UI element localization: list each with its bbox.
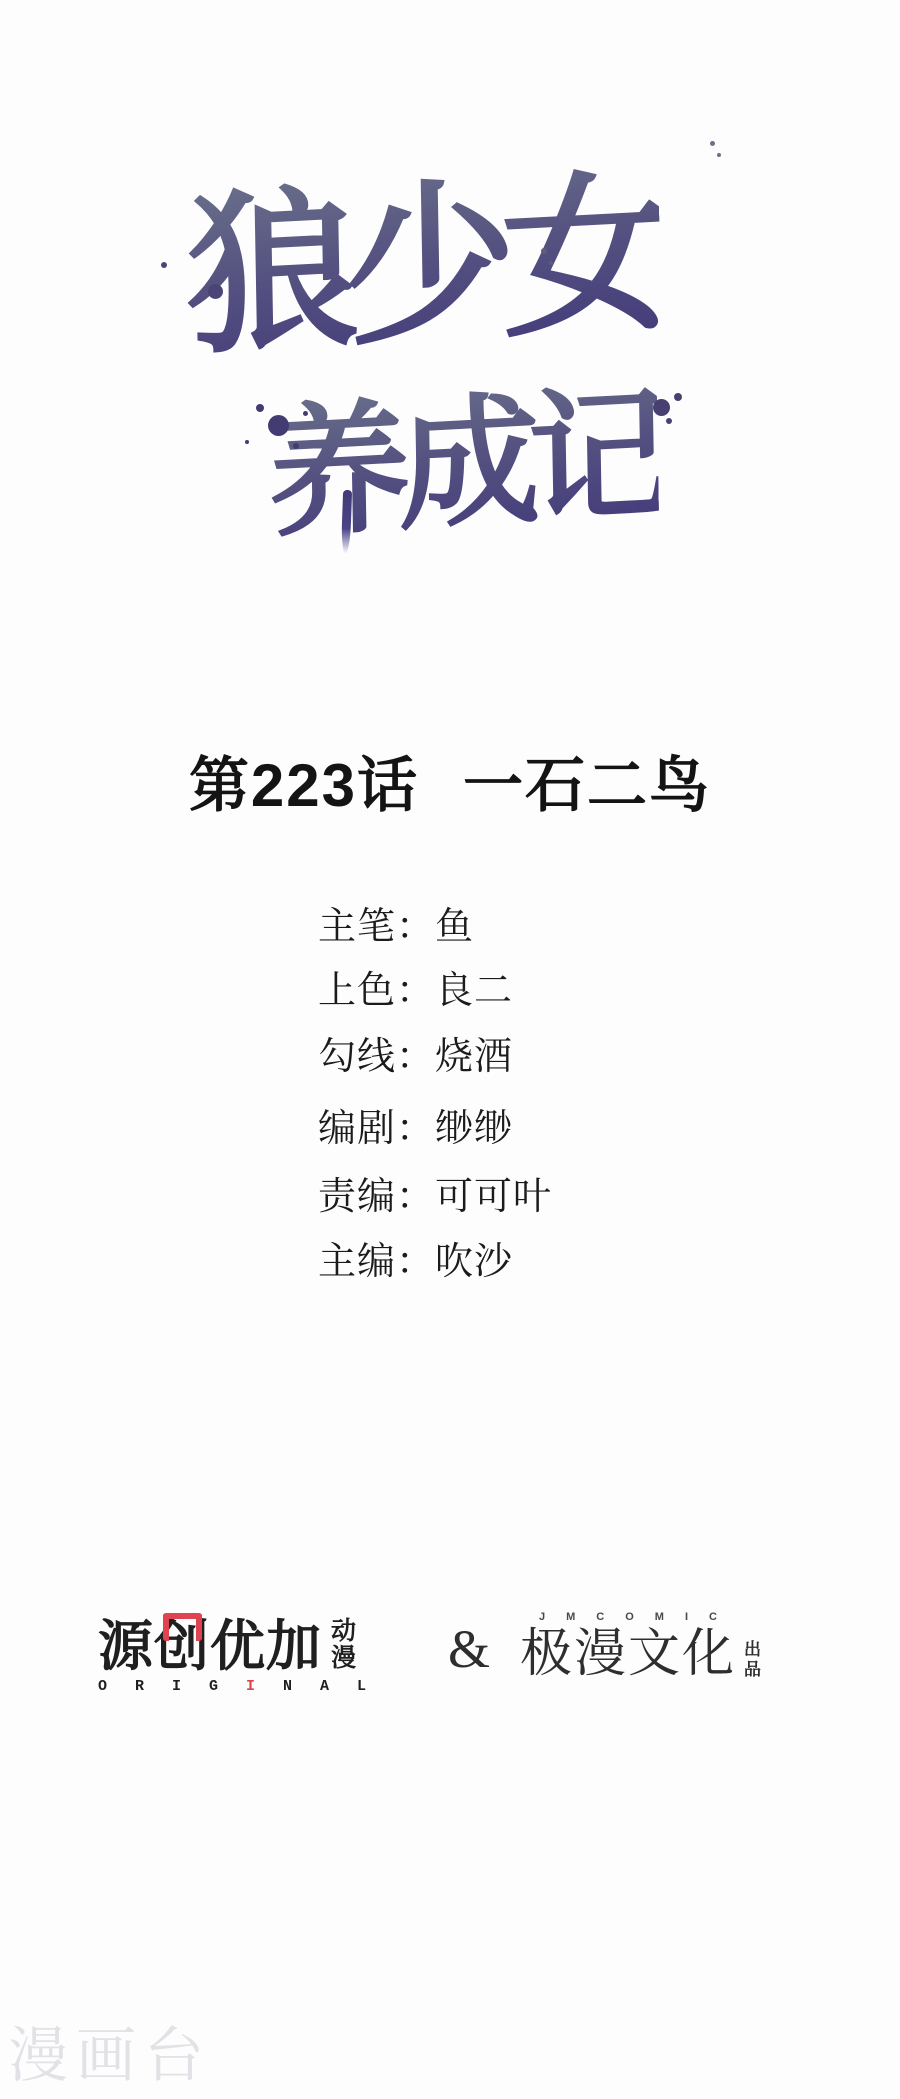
credit-separator: ： [396, 1176, 435, 1218]
credit-row-colorist: 上色：良二 [318, 972, 513, 1010]
credit-row-editor: 责编：可可叶 [318, 1178, 552, 1216]
credit-row-artist: 主笔：鱼 [318, 908, 474, 946]
series-title-line2: 养成记 [266, 340, 659, 565]
ink-splatter [208, 284, 223, 299]
logo-chars: 优加 [210, 1615, 322, 1677]
ink-splatter [161, 262, 167, 268]
platform-watermark: 漫画台 [8, 2026, 212, 2086]
credit-row-inker: 勾线：烧酒 [318, 1038, 513, 1076]
publisher-right-presents-label: 出品 [744, 1640, 761, 1681]
ink-splatter [268, 415, 289, 436]
publisher-left-latin-label: ORIGINAL [98, 1679, 394, 1694]
ink-splatter [303, 411, 308, 416]
comic-title-page: 狼少女 养成记 第223话一石二鸟 主笔：鱼 上色：良二 勾线：烧酒 编剧：缈缈… [0, 0, 900, 2099]
ink-splatter [541, 248, 547, 254]
logo-char: 源 [98, 1615, 154, 1677]
ink-splatter [710, 141, 715, 146]
credit-role: 勾线 [318, 1036, 396, 1078]
ink-splatter [549, 261, 553, 265]
credit-name: 可可叶 [435, 1176, 552, 1218]
credit-separator: ： [396, 1036, 435, 1078]
credit-name: 良二 [435, 970, 513, 1012]
ink-splatter [666, 418, 672, 424]
credit-role: 主笔 [318, 906, 396, 948]
publisher-right-latin-label: JMCOMIC [518, 1612, 738, 1623]
chapter-name: 一石二鸟 [463, 752, 711, 819]
latin-accent-letter: I [246, 1678, 283, 1695]
credit-name: 烧酒 [435, 1036, 513, 1078]
credit-row-writer: 编剧：缈缈 [318, 1110, 513, 1148]
credit-role: 编剧 [318, 1108, 396, 1150]
publisher-left-main-row: 源创优加 动漫 [98, 1618, 394, 1674]
chapter-number: 第223话 [189, 752, 419, 819]
credit-separator: ： [396, 970, 435, 1012]
ink-splatter [674, 393, 682, 401]
credit-name: 缈缈 [435, 1108, 513, 1150]
ink-splatter [717, 153, 721, 157]
credit-role: 责编 [318, 1176, 396, 1218]
credit-role: 主编 [318, 1241, 396, 1283]
ink-splatter [653, 399, 670, 416]
red-frame-decoration [163, 1613, 202, 1641]
logo-accent-char: 创 [154, 1619, 210, 1674]
publisher-right-main-text: 极漫文化 [518, 1629, 738, 1681]
credit-name: 鱼 [435, 906, 474, 948]
ink-splatter [256, 404, 264, 412]
credit-separator: ： [396, 1108, 435, 1150]
credit-role: 上色 [318, 970, 396, 1012]
ink-splatter [293, 443, 299, 449]
credit-separator: ： [396, 906, 435, 948]
publisher-logo-jmcomic: JMCOMIC 极漫文化 [518, 1612, 738, 1681]
credit-name: 吹沙 [435, 1241, 513, 1283]
credit-row-chief-editor: 主编：吹沙 [318, 1243, 513, 1281]
credit-separator: ： [396, 1241, 435, 1283]
ink-splatter [245, 440, 249, 444]
publisher-logo-yuanchuangyoujia: 源创优加 动漫 ORIGINAL [98, 1618, 394, 1694]
ampersand-joiner: & [448, 1622, 490, 1676]
publisher-left-sub-label: 动漫 [331, 1618, 356, 1672]
chapter-heading: 第223话一石二鸟 [0, 738, 900, 824]
publisher-left-main-text: 源创优加 [98, 1619, 322, 1674]
